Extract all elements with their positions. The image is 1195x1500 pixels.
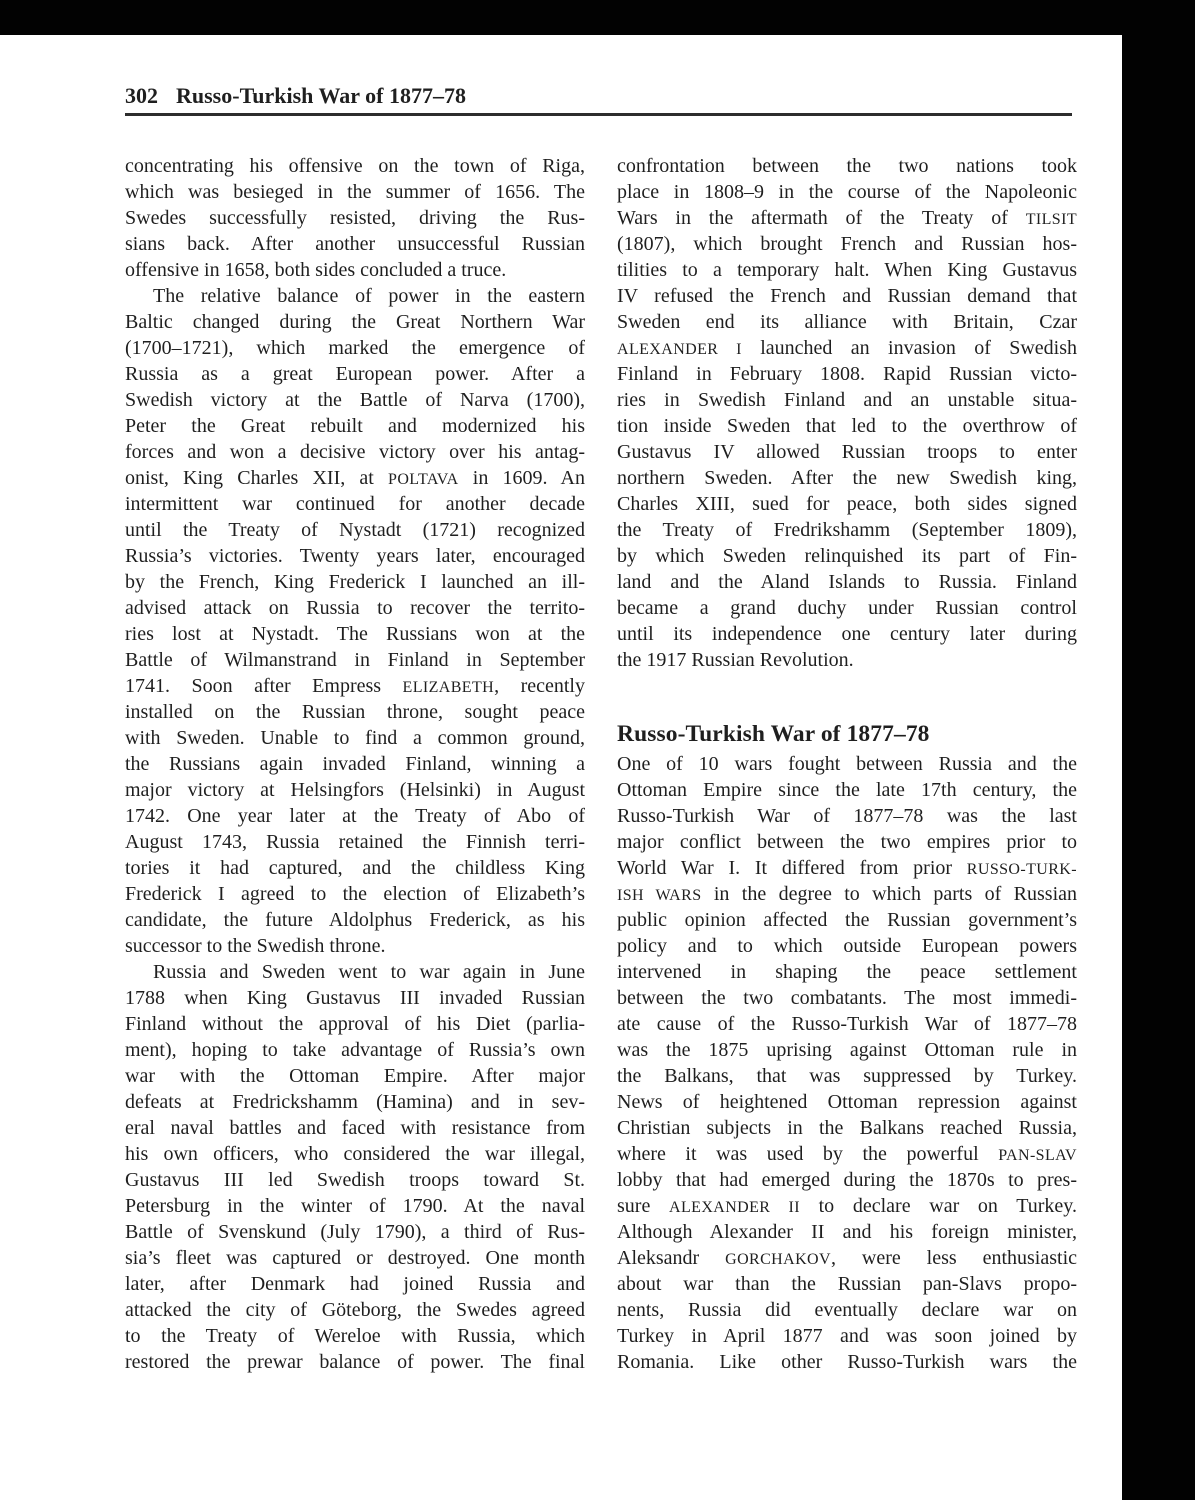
text-line: successor to the Swedish throne. — [125, 933, 585, 959]
text-line: candidate, the future Aldolphus Frederic… — [125, 907, 585, 933]
text-line: ALEXANDER I launched an invasion of Swed… — [617, 335, 1077, 361]
text-line: offensive in 1658, both sides concluded … — [125, 257, 585, 283]
small-caps-reference: ELIZABETH — [403, 679, 495, 696]
paragraph: concentrating his offensive on the town … — [125, 153, 585, 283]
text-line: nents, Russia did eventually declare war… — [617, 1297, 1077, 1323]
text-line: IV refused the French and Russian demand… — [617, 283, 1077, 309]
text-line: his own officers, who considered the war… — [125, 1141, 585, 1167]
text-line: sians back. After another unsuccessful R… — [125, 231, 585, 257]
text-line: Wars in the aftermath of the Treaty of T… — [617, 205, 1077, 231]
text-line: sure ALEXANDER II to declare war on Turk… — [617, 1193, 1077, 1219]
small-caps-reference: ALEXANDER II — [669, 1199, 800, 1216]
text-line: 1788 when King Gustavus III invaded Russ… — [125, 985, 585, 1011]
text-line: tion inside Sweden that led to the overt… — [617, 413, 1077, 439]
text-line: One of 10 wars fought between Russia and… — [617, 751, 1077, 777]
text-line: ment), hoping to take advantage of Russi… — [125, 1037, 585, 1063]
text-line: Christian subjects in the Balkans reache… — [617, 1115, 1077, 1141]
small-caps-reference: ISH WARS — [617, 887, 702, 904]
paragraph: The relative balance of power in the eas… — [125, 283, 585, 959]
right-column: confrontation between the two nations to… — [617, 153, 1077, 1375]
scanned-book-page: 302Russo-Turkish War of 1877–78 concentr… — [0, 0, 1195, 1500]
text-line: Ottoman Empire since the late 17th centu… — [617, 777, 1077, 803]
text-line: lobby that had emerged during the 1870s … — [617, 1167, 1077, 1193]
text-line: Aleksandr GORCHAKOV, were less enthusias… — [617, 1245, 1077, 1271]
text-line: eral naval battles and faced with resist… — [125, 1115, 585, 1141]
text-line: the Russians again invaded Finland, winn… — [125, 751, 585, 777]
text-line: The relative balance of power in the eas… — [125, 283, 585, 309]
text-line: (1807), which brought French and Russian… — [617, 231, 1077, 257]
text-line: Gustavus III led Swedish troops toward S… — [125, 1167, 585, 1193]
text-line: (1700–1721), which marked the emergence … — [125, 335, 585, 361]
text-line: Frederick I agreed to the election of El… — [125, 881, 585, 907]
running-title: Russo-Turkish War of 1877–78 — [176, 83, 466, 108]
text-line: tilities to a temporary halt. When King … — [617, 257, 1077, 283]
text-line: ate cause of the Russo-Turkish War of 18… — [617, 1011, 1077, 1037]
text-line: Finland without the approval of his Diet… — [125, 1011, 585, 1037]
small-caps-reference: RUSSO-TURK- — [967, 861, 1077, 878]
text-line: place in 1808–9 in the course of the Nap… — [617, 179, 1077, 205]
text-line: August 1743, Russia retained the Finnish… — [125, 829, 585, 855]
text-line: World War I. It differed from prior RUSS… — [617, 855, 1077, 881]
paragraph: Russia and Sweden went to war again in J… — [125, 959, 585, 1375]
text-line: Although Alexander II and his foreign mi… — [617, 1219, 1077, 1245]
entry-heading: Russo-Turkish War of 1877–78 — [617, 720, 1077, 748]
text-line: the Balkans, that was suppressed by Turk… — [617, 1063, 1077, 1089]
text-line: Russia as a great European power. After … — [125, 361, 585, 387]
text-line: Russo-Turkish War of 1877–78 was the las… — [617, 803, 1077, 829]
left-column: concentrating his offensive on the town … — [125, 153, 585, 1375]
text-line: policy and to which outside European pow… — [617, 933, 1077, 959]
text-line: Finland in February 1808. Rapid Russian … — [617, 361, 1077, 387]
text-line: ries in Swedish Finland and an unstable … — [617, 387, 1077, 413]
text-line: by the French, King Frederick I launched… — [125, 569, 585, 595]
text-line: until its independence one century later… — [617, 621, 1077, 647]
text-line: Romania. Like other Russo-Turkish wars t… — [617, 1349, 1077, 1375]
text-line: onist, King Charles XII, at POLTAVA in 1… — [125, 465, 585, 491]
small-caps-reference: GORCHAKOV — [725, 1251, 831, 1268]
text-line: Russia’s victories. Twenty years later, … — [125, 543, 585, 569]
text-line: Swedish victory at the Battle of Narva (… — [125, 387, 585, 413]
paragraph: confrontation between the two nations to… — [617, 153, 1077, 673]
text-line: attacked the city of Göteborg, the Swede… — [125, 1297, 585, 1323]
text-line: advised attack on Russia to recover the … — [125, 595, 585, 621]
text-line: was the 1875 uprising against Ottoman ru… — [617, 1037, 1077, 1063]
paragraph: One of 10 wars fought between Russia and… — [617, 751, 1077, 1375]
text-line: intermittent war continued for another d… — [125, 491, 585, 517]
text-line: major conflict between the two empires p… — [617, 829, 1077, 855]
text-line: northern Sweden. After the new Swedish k… — [617, 465, 1077, 491]
text-line: Turkey in April 1877 and was soon joined… — [617, 1323, 1077, 1349]
text-line: ISH WARS in the degree to which parts of… — [617, 881, 1077, 907]
small-caps-reference: POLTAVA — [388, 471, 459, 488]
text-line: Baltic changed during the Great Northern… — [125, 309, 585, 335]
text-line: Swedes successfully resisted, driving th… — [125, 205, 585, 231]
text-line: the Treaty of Fredrikshamm (September 18… — [617, 517, 1077, 543]
small-caps-reference: TILSIT — [1026, 211, 1077, 228]
text-line: by which Sweden relinquished its part of… — [617, 543, 1077, 569]
small-caps-reference: PAN-SLAV — [998, 1147, 1077, 1164]
scan-top-edge-bar — [0, 0, 1195, 35]
text-line: war with the Ottoman Empire. After major — [125, 1063, 585, 1089]
page-number: 302 — [125, 83, 158, 108]
text-line: 1742. One year later at the Treaty of Ab… — [125, 803, 585, 829]
text-line: land and the Aland Islands to Russia. Fi… — [617, 569, 1077, 595]
text-line: concentrating his offensive on the town … — [125, 153, 585, 179]
text-line: sia’s fleet was captured or destroyed. O… — [125, 1245, 585, 1271]
text-line: defeats at Fredrickshamm (Hamina) and in… — [125, 1089, 585, 1115]
text-line: between the two combatants. The most imm… — [617, 985, 1077, 1011]
small-caps-reference: ALEXANDER I — [617, 341, 742, 358]
scan-right-edge-bar — [1122, 0, 1195, 1500]
text-line: restored the prewar balance of power. Th… — [125, 1349, 585, 1375]
text-line: major victory at Helsingfors (Helsinki) … — [125, 777, 585, 803]
text-line: ries lost at Nystadt. The Russians won a… — [125, 621, 585, 647]
text-line: to the Treaty of Wereloe with Russia, wh… — [125, 1323, 585, 1349]
text-line: later, after Denmark had joined Russia a… — [125, 1271, 585, 1297]
text-line: installed on the Russian throne, sought … — [125, 699, 585, 725]
running-header: 302Russo-Turkish War of 1877–78 — [125, 84, 1072, 116]
text-line: until the Treaty of Nystadt (1721) recog… — [125, 517, 585, 543]
text-line: tories it had captured, and the childles… — [125, 855, 585, 881]
text-line: 1741. Soon after Empress ELIZABETH, rece… — [125, 673, 585, 699]
text-line: Russia and Sweden went to war again in J… — [125, 959, 585, 985]
text-line: forces and won a decisive victory over h… — [125, 439, 585, 465]
text-line: Gustavus IV allowed Russian troops to en… — [617, 439, 1077, 465]
text-line: about war than the Russian pan-Slavs pro… — [617, 1271, 1077, 1297]
text-line: the 1917 Russian Revolution. — [617, 647, 1077, 673]
text-line: confrontation between the two nations to… — [617, 153, 1077, 179]
text-line: Peter the Great rebuilt and modernized h… — [125, 413, 585, 439]
text-line: Charles XIII, sued for peace, both sides… — [617, 491, 1077, 517]
text-line: which was besieged in the summer of 1656… — [125, 179, 585, 205]
text-line: Battle of Svenskund (July 1790), a third… — [125, 1219, 585, 1245]
text-line: where it was used by the powerful PAN-SL… — [617, 1141, 1077, 1167]
text-line: Petersburg in the winter of 1790. At the… — [125, 1193, 585, 1219]
text-line: Sweden end its alliance with Britain, Cz… — [617, 309, 1077, 335]
text-columns: concentrating his offensive on the town … — [125, 153, 1077, 1375]
text-line: Battle of Wilmanstrand in Finland in Sep… — [125, 647, 585, 673]
text-line: public opinion affected the Russian gove… — [617, 907, 1077, 933]
text-line: intervened in shaping the peace settleme… — [617, 959, 1077, 985]
text-line: became a grand duchy under Russian contr… — [617, 595, 1077, 621]
text-line: with Sweden. Unable to find a common gro… — [125, 725, 585, 751]
text-line: News of heightened Ottoman repression ag… — [617, 1089, 1077, 1115]
